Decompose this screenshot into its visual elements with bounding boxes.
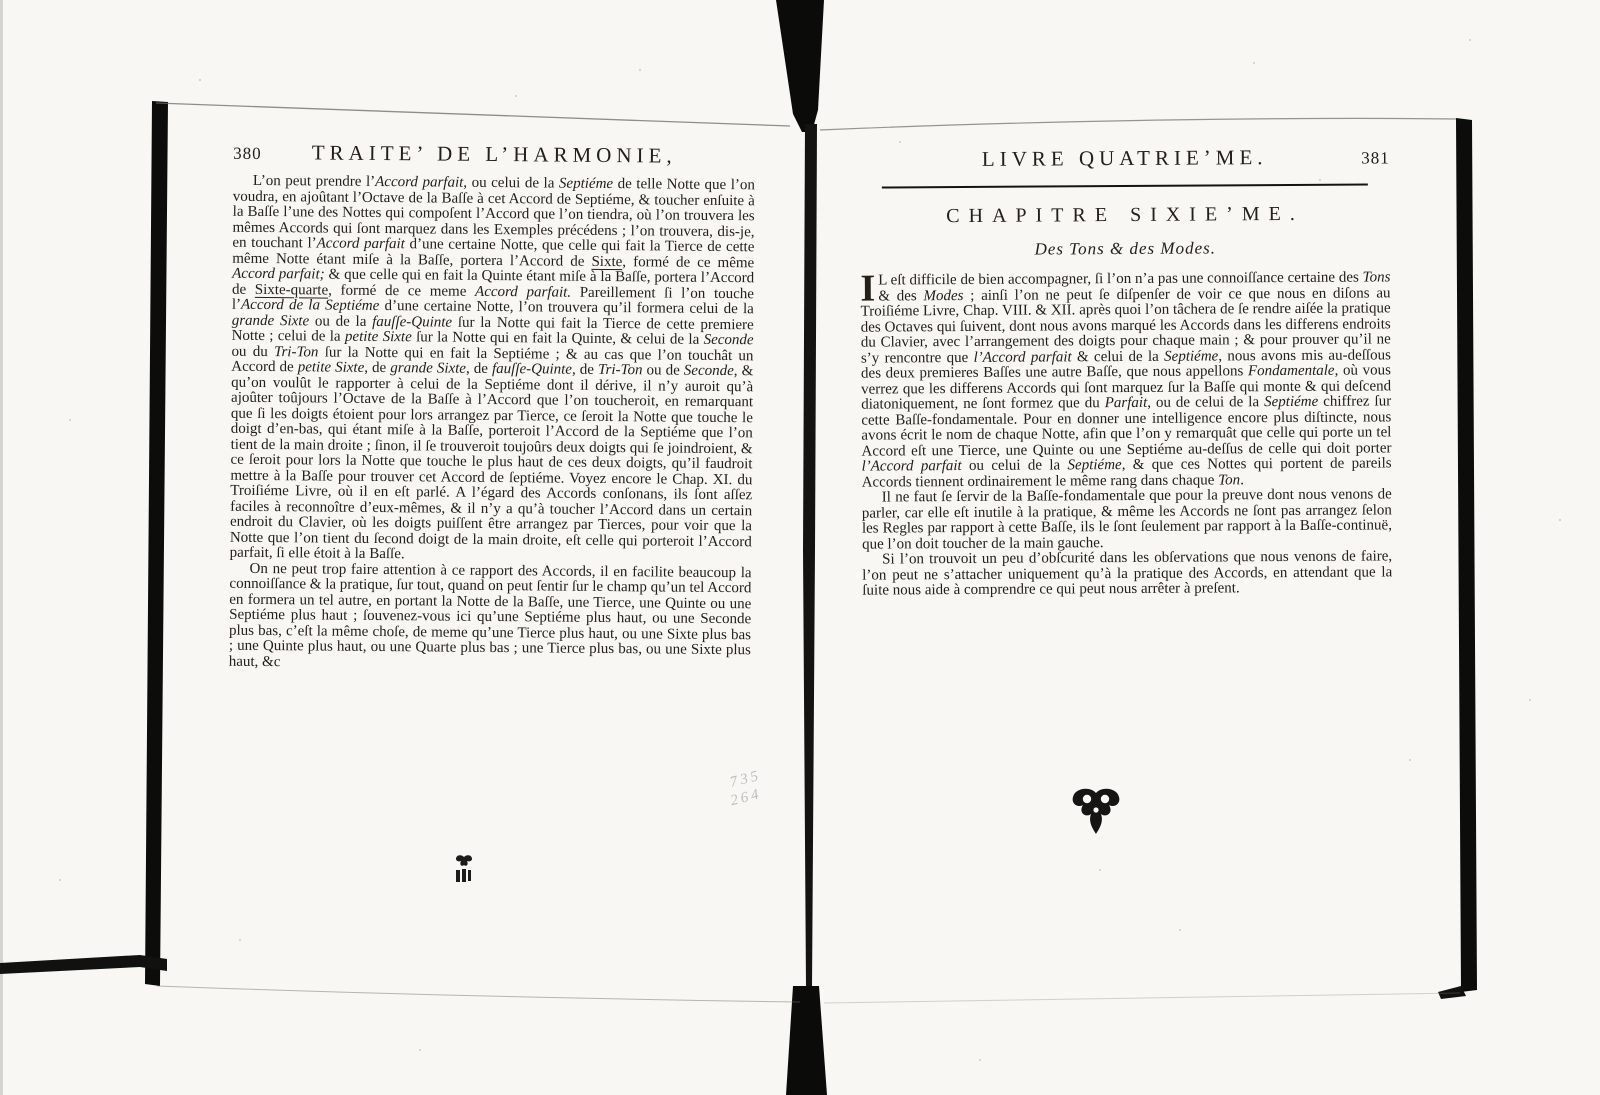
text-segment: , de [364, 360, 390, 376]
right-running-head: LIVRE QUATRIE’ME. 381 [860, 144, 1390, 172]
book-scan: 380 TRAITE’ DE L’HARMONIE, L’on peut pre… [0, 0, 1600, 1095]
right-page: LIVRE QUATRIE’ME. 381 CHAPITRE SIXIE’ME.… [860, 144, 1393, 599]
text-segment: ou de la [309, 313, 372, 330]
text-segment: Tri-Ton [598, 362, 643, 378]
text-segment: On ne peut trop faire attention à ce rap… [229, 560, 752, 669]
left-page: 380 TRAITE’ DE L’HARMONIE, L’on peut pre… [229, 140, 756, 675]
text-segment: Il ne faut ſe ſervir de la Baſſe-fondame… [862, 486, 1392, 552]
text-segment: Fondamentale [1248, 363, 1335, 380]
right-page-body: IL eſt difficile de bien accompagner, ſi… [860, 270, 1392, 599]
text-segment: petite Sixte [298, 359, 365, 376]
text-segment: Tons [1363, 269, 1391, 285]
text-segment: Parfait [1105, 395, 1148, 411]
right-page-edge [1456, 118, 1477, 992]
text-segment: , formé de ce meme [328, 282, 475, 299]
text-segment: Accord parfait [317, 235, 405, 252]
text-segment: fauſſe-Quinte [492, 361, 572, 378]
text-segment: grande Sixte [390, 360, 466, 377]
text-segment: , ou celui de la [463, 175, 559, 192]
book-gutter-line [803, 124, 817, 988]
paragraph: Il ne faut ſe ſervir de la Baſſe-fondame… [862, 487, 1392, 552]
text-segment: L’on peut prendre l’ [253, 173, 375, 190]
paragraph: Si l’on trouvoit un peu d’obſcurité dans… [862, 549, 1392, 599]
text-segment: . [1240, 472, 1244, 488]
text-segment: Tri-Ton [274, 344, 319, 360]
text-segment: , & qu’on voulût le rapporter à celui de… [230, 363, 754, 562]
right-page-number: 381 [1328, 148, 1390, 168]
left-running-head: 380 TRAITE’ DE L’HARMONIE, [233, 140, 755, 170]
header-rule [882, 184, 1368, 189]
book-gutter-top [776, 0, 824, 132]
text-segment: Accord parfait. [475, 283, 571, 300]
text-segment: petite Sixte [345, 329, 412, 346]
text-segment: , formé de ce même [622, 254, 754, 271]
text-segment: ou du [231, 343, 274, 359]
left-page-bottom-outline [157, 986, 800, 1002]
text-segment: Septiéme [1067, 457, 1121, 473]
right-page-top-outline [820, 118, 1456, 130]
text-segment: , ou de celui de la [1147, 394, 1264, 411]
text-segment: Sixte-quarte [255, 281, 328, 298]
text-segment: grande Sixte [232, 312, 310, 329]
text-segment: Septiéme [1264, 394, 1318, 410]
text-segment: Septiéme [1164, 348, 1218, 364]
text-segment: Seconde [684, 363, 734, 379]
paragraph: IL eſt difficile de bien accompagner, ſi… [860, 270, 1391, 490]
paragraph: On ne peut trop faire attention à ce rap… [229, 561, 752, 674]
text-segment: ou celui de la [962, 457, 1068, 474]
text-segment: Accord de la Septiéme [241, 297, 379, 314]
drop-cap: I [860, 274, 878, 304]
runhead-spacer [693, 163, 755, 164]
text-segment: Seconde [704, 332, 754, 348]
right-page-bottom-outline [824, 993, 1460, 1003]
chapter-subtitle: Des Tons & des Modes. [860, 237, 1390, 260]
text-segment: l’Accord parfait [862, 458, 962, 475]
cover-board-edge [0, 955, 167, 974]
text-segment: Accord parfait; [232, 266, 325, 283]
paragraph: L’on peut prendre l’Accord parfait, ou c… [230, 174, 755, 566]
text-segment: Ton [1218, 472, 1240, 488]
text-segment: , de [572, 362, 598, 378]
left-page-top-outline [156, 103, 790, 126]
text-segment: & celui de la [1072, 348, 1165, 365]
left-page-number: 380 [233, 144, 295, 165]
chapter-title: CHAPITRE SIXIE’ME. [860, 202, 1390, 228]
text-segment: Accord parfait [375, 174, 463, 191]
text-segment: Si l’on trouvoit un peu d’obſcurité dans… [862, 548, 1392, 598]
fleuron-tailpiece-icon [1066, 786, 1126, 843]
right-running-title: LIVRE QUATRIE’ME. [922, 145, 1328, 172]
text-segment: fauſſe-Quinte [372, 313, 452, 330]
left-page-edge [145, 101, 168, 986]
text-segment: l’Accord parfait [974, 349, 1072, 366]
text-segment: ou de [642, 362, 683, 378]
printer-signature-ornament-icon [452, 854, 476, 893]
text-segment: , de [466, 361, 492, 377]
right-page-edge-hook [1438, 986, 1466, 999]
text-segment: Septiéme [559, 176, 613, 192]
text-segment: Sixte [591, 253, 622, 269]
text-segment: & des [878, 288, 923, 304]
scan-left-edge [0, 0, 3, 1095]
left-running-title: TRAITE’ DE L’HARMONIE, [295, 140, 693, 168]
text-segment: Modes [923, 287, 963, 303]
left-page-body: L’on peut prendre l’Accord parfait, ou c… [229, 174, 755, 675]
